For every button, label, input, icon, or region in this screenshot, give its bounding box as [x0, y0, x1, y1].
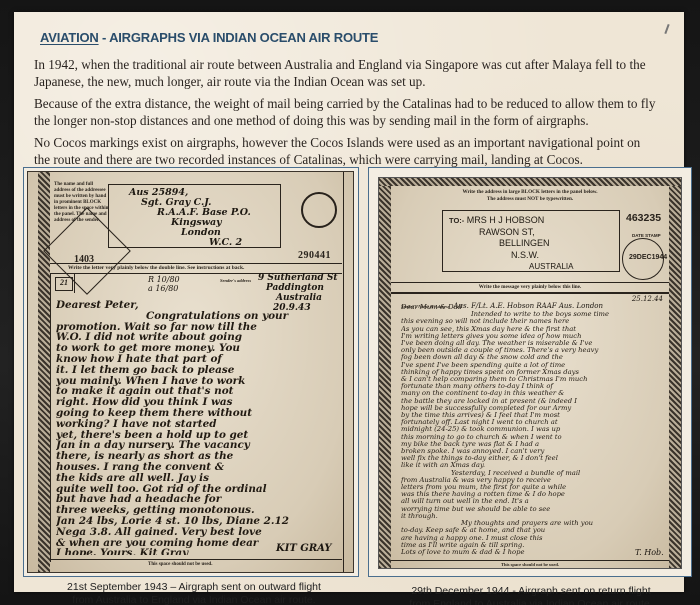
- letter-line: letters from you mum, the first for quit…: [401, 484, 669, 491]
- address-panel: TO:- MRS H J HOBSON RAWSON ST, BELLINGEN…: [442, 210, 620, 272]
- caption-right: 29th December 1944 - Airgraph sent on re…: [376, 585, 686, 605]
- exhibit-sheet: AVIATION - AIRGRAPHS VIA INDIAN OCEAN AI…: [14, 12, 684, 592]
- letter-line: Yesterday, I received a bundle of mail: [401, 470, 669, 477]
- letter-line: this evening so will not include their n…: [401, 318, 669, 325]
- letter-line: the kids are all well. Jay is: [56, 473, 340, 484]
- margin-line-left: [50, 273, 51, 562]
- censor-mark-1: R 10/80: [148, 275, 180, 284]
- address-line: N.S.W.: [449, 250, 619, 262]
- exhibit-panel-left: The name and full address of the address…: [23, 167, 359, 577]
- exhibit-panel-right: Write the address in large BLOCK letters…: [368, 167, 692, 577]
- letter-line: I'm writing letters gives you some idea …: [401, 333, 669, 340]
- footer-line: [391, 560, 669, 561]
- letter-instruction: Write the letter very plainly below the …: [68, 265, 244, 271]
- letter-line: I've spent I've been spending quite a lo…: [401, 362, 669, 369]
- letter-line: fog been down all day & the snow cold an…: [401, 354, 669, 361]
- intro-paragraph-1: In 1942, when the traditional air route …: [34, 56, 659, 90]
- letter-line: well fix the things to-day either, & I d…: [401, 455, 669, 462]
- serial-number: 290441: [298, 250, 331, 261]
- letter-line: I've been doing all day. The weather is …: [401, 340, 669, 347]
- caption-line-1: 21st September 1943 – Airgraph sent on o…: [34, 581, 354, 594]
- letter-line: hope will be successfully completed for …: [401, 405, 669, 412]
- letter-line: & I can't help comparing them to Christm…: [401, 376, 669, 383]
- airgraph-1943: The name and full address of the address…: [27, 171, 354, 573]
- letter-line: yet, there's been a hold up to get: [56, 430, 340, 441]
- date-stamp: 29DEC1944: [629, 254, 667, 261]
- page-number-divider: [74, 273, 75, 293]
- hatched-border-top: [379, 178, 681, 186]
- letter-line: Intended to write to the boys some time: [401, 311, 669, 318]
- letter-line: As you can see, this Xmas day here & the…: [401, 326, 669, 333]
- letter-line: my bike the back tyre was flat & I had a: [401, 441, 669, 448]
- letter-line: W.O. I did not write about going: [56, 332, 340, 343]
- sender-address-line: Paddington: [258, 283, 337, 293]
- intro-paragraph-3: No Cocos markings exist on airgraphs, ho…: [34, 134, 659, 168]
- censor-mark-2: a 16/80: [148, 284, 180, 293]
- letter-body: Dear Mum & Dad Intended to write to the …: [401, 304, 669, 556]
- title-subtitle: AIRGRAPHS VIA INDIAN OCEAN AIR ROUTE: [109, 30, 378, 45]
- letter-line: was this there having a rotten time & I …: [401, 491, 669, 498]
- letter-line: but have had a headache for: [56, 494, 340, 505]
- caption-line-2: from Australia to England via Indian Oce…: [34, 594, 354, 605]
- letter-line: working? I have not started: [56, 419, 340, 430]
- letter-line: to make it again out that's not: [56, 386, 340, 397]
- message-line-top: [391, 282, 669, 283]
- address-line: BELLINGEN: [449, 238, 619, 250]
- signature: T. Hob.: [635, 548, 664, 557]
- page-title: AVIATION - AIRGRAPHS VIA INDIAN OCEAN AI…: [40, 30, 378, 45]
- hatched-border-right: [669, 178, 681, 568]
- letter-line: only been outside a couple of times. The…: [401, 347, 669, 354]
- letter-line: by the time this arrives) & I feel that …: [401, 412, 669, 419]
- message-instruction: Write the message very plainly below thi…: [391, 284, 669, 290]
- letter-line: thinking of happy times spent on former …: [401, 369, 669, 376]
- title-separator: -: [99, 30, 109, 45]
- address-line: W.C. 2: [129, 238, 280, 248]
- letter-line: worrying time but we should be able to s…: [401, 506, 669, 513]
- letter-line: like it with an Xmas day.: [401, 462, 669, 469]
- address-line: RAWSON ST,: [449, 227, 619, 239]
- airgraph-1944: Write the address in large BLOCK letters…: [378, 177, 682, 569]
- hatched-border-left: [379, 178, 391, 568]
- letter-line: fortunate than many others to-day I thin…: [401, 383, 669, 390]
- serial-number: 463235: [626, 212, 661, 224]
- instruction-line-1: Write the address in large BLOCK letters…: [391, 189, 669, 196]
- letter-greeting: Dearest Peter,: [56, 300, 340, 311]
- address-panel: Aus 25894, Sgt. Gray C.J. R.A.A.F. Base …: [108, 184, 281, 248]
- censor-mark: R 10/80 a 16/80: [148, 275, 180, 293]
- letter-line: Lots of love to mum & dad & I hope: [401, 549, 669, 556]
- letter-line: all will turn out well in the end. It's …: [401, 498, 669, 505]
- address-line: AUSTRALIA: [449, 261, 619, 273]
- page-number: 21: [55, 277, 73, 291]
- caption-left: 21st September 1943 – Airgraph sent on o…: [34, 581, 354, 605]
- letter-line: to work to get more money. You: [56, 343, 340, 354]
- instruction-line-2: The address must NOT be typewritten.: [391, 196, 669, 203]
- letter-line: to-day. Keep safe & at home, and that yo…: [401, 527, 669, 534]
- letter-line: you mainly. When I have to work: [56, 376, 340, 387]
- footer-note: This space should not be used.: [148, 562, 212, 567]
- postmark-stamp: [301, 192, 337, 228]
- letter-line: fortunately off. Last night I went to ch…: [401, 419, 669, 426]
- letter-line: the battle they are locked in at present…: [401, 398, 669, 405]
- letter-line: promotion. Wait so far now till the: [56, 322, 340, 333]
- letter-line: time as I'll write again & till spring.: [401, 542, 669, 549]
- letter-date: 25.12.44: [632, 295, 663, 303]
- to-label: TO:-: [449, 216, 464, 225]
- sender-address-line: 9 Sutherland St: [258, 273, 337, 283]
- letter-line: Jan 24 lbs, Lorie 4 st. 10 lbs, Diane 2.…: [56, 516, 340, 527]
- letter-line: are having a happy one. I must close thi…: [401, 535, 669, 542]
- letter-greeting: Dear Mum & Dad: [401, 304, 669, 311]
- letter-line: it. I let them go back to please: [56, 365, 340, 376]
- letter-line: quite well too. Got rid of the ordinal: [56, 484, 340, 495]
- footer-note: This space should not be used.: [391, 562, 669, 567]
- caption-line-2: from England to Australia via Indian Oce…: [376, 598, 686, 605]
- double-line-top: [50, 263, 342, 264]
- sender-address-label: Sender's address: [220, 278, 251, 283]
- letter-line: going to keep them there without: [56, 408, 340, 419]
- letter-line: from Australia & was very happy to recei…: [401, 477, 669, 484]
- letter-line: right. How did you think I was: [56, 397, 340, 408]
- caption-line-1: 29th December 1944 - Airgraph sent on re…: [376, 585, 686, 598]
- title-main: AVIATION: [40, 30, 99, 45]
- corner-fold-mark: [664, 24, 669, 34]
- address-line: MRS H J HOBSON: [467, 215, 545, 225]
- letter-line: there, is nearly as short as the: [56, 451, 340, 462]
- letter-line: Nega 3.8. All gained. Very best love: [56, 527, 340, 538]
- intro-paragraph-2: Because of the extra distance, the weigh…: [34, 95, 659, 129]
- address-line: London: [129, 228, 280, 238]
- date-stamp-label: DATE STAMP: [632, 233, 661, 238]
- letter-line: Congratulations on your: [56, 311, 340, 322]
- letter-line: know how I hate that part of: [56, 354, 340, 365]
- letter-line: many on the continent to-day in this wea…: [401, 390, 669, 397]
- letter-body: Dearest Peter, Congratulations on your p…: [56, 300, 340, 555]
- hatched-border-left: [38, 172, 50, 572]
- letter-line: houses. I rang the convent &: [56, 462, 340, 473]
- letter-line: three weeks, getting monotonous.: [56, 505, 340, 516]
- footer-line: [50, 559, 342, 560]
- sender-address: 9 Sutherland St Paddington Australia: [258, 273, 337, 303]
- letter-line: My thoughts and prayers are with you: [401, 520, 669, 527]
- message-line-bottom: [391, 292, 669, 294]
- letter-line: it through.: [401, 513, 669, 520]
- letter-line: Jan in a day nursery. The vacancy: [56, 440, 340, 451]
- signature: KIT GRAY: [276, 543, 332, 554]
- letter-line: broken spoke. I was annoyed. I can't ver…: [401, 448, 669, 455]
- letter-line: this morning to go to church & when I we…: [401, 434, 669, 441]
- address-instructions: Write the address in large BLOCK letters…: [391, 189, 669, 203]
- letter-line: midnight (24-25) & took communion. I was…: [401, 426, 669, 433]
- border-line-right: [343, 172, 344, 572]
